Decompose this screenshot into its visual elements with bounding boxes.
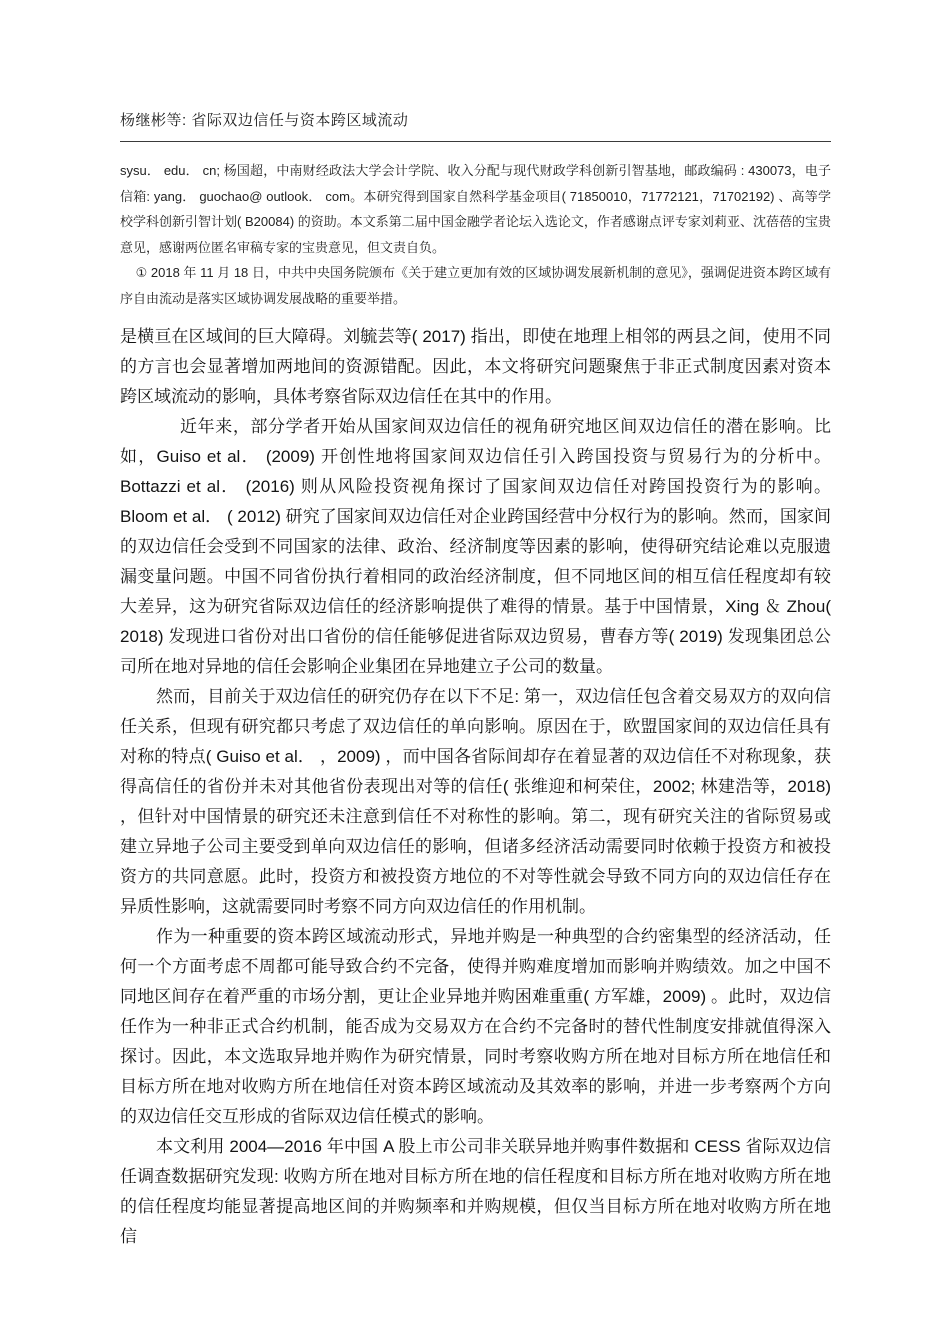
header-divider <box>120 141 831 142</box>
body-paragraph: 近年来，部分学者开始从国家间双边信任的视角研究地区间双边信任的潜在影响。比如，G… <box>120 412 831 682</box>
footnote-continuation: sysu． edu． cn; 杨国超，中南财经政法大学会计学院、收入分配与现代财… <box>120 158 831 260</box>
article-body: 是横亘在区域间的巨大障碍。刘毓芸等( 2017) 指出，即使在地理上相邻的两县之… <box>120 322 831 1252</box>
footnote-note-1: ① 2018 年 11 月 18 日，中共中央国务院颁布《关于建立更加有效的区域… <box>120 260 831 311</box>
body-paragraph: 是横亘在区域间的巨大障碍。刘毓芸等( 2017) 指出，即使在地理上相邻的两县之… <box>120 322 831 412</box>
document-page: 杨继彬等: 省际双边信任与资本跨区域流动 sysu． edu． cn; 杨国超，… <box>0 0 950 1344</box>
running-title: 杨继彬等: 省际双边信任与资本跨区域流动 <box>120 110 831 132</box>
body-paragraph: 本文利用 2004—2016 年中国 A 股上市公司非关联异地并购事件数据和 C… <box>120 1132 831 1252</box>
running-header: 杨继彬等: 省际双边信任与资本跨区域流动 <box>120 110 831 142</box>
page-content: 杨继彬等: 省际双边信任与资本跨区域流动 sysu． edu． cn; 杨国超，… <box>120 0 831 1252</box>
body-paragraph: 作为一种重要的资本跨区域流动形式，异地并购是一种典型的合约密集型的经济活动，任何… <box>120 922 831 1132</box>
body-paragraph: 然而，目前关于双边信任的研究仍存在以下不足: 第一，双边信任包含着交易双方的双向… <box>120 682 831 922</box>
footnote-block: sysu． edu． cn; 杨国超，中南财经政法大学会计学院、收入分配与现代财… <box>120 158 831 311</box>
